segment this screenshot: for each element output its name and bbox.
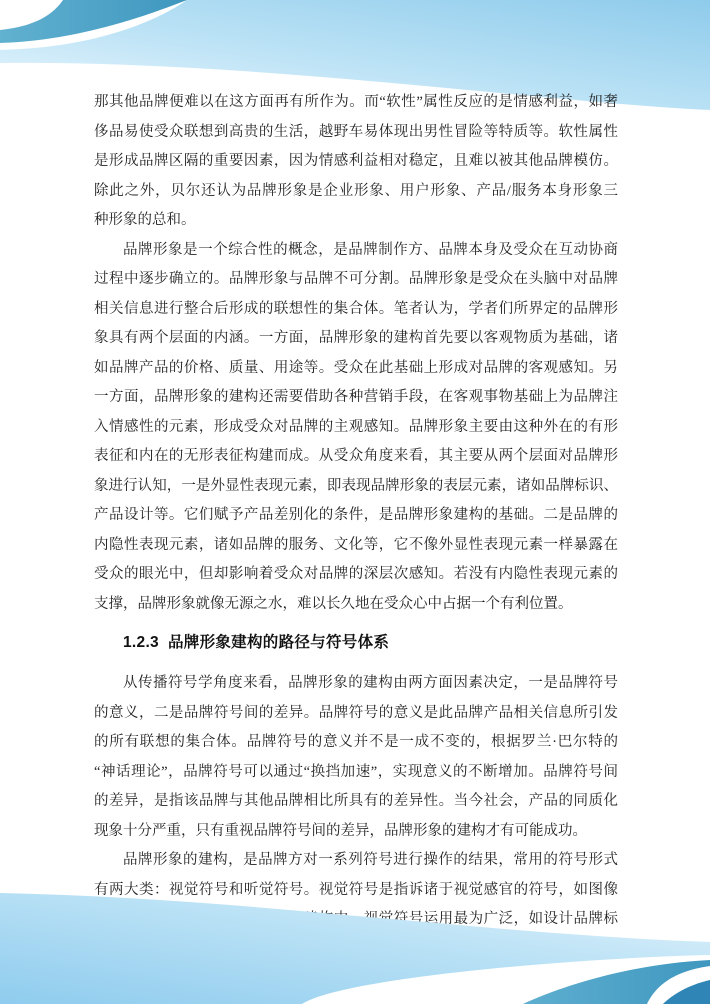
text-line: 的所有联想的集合体。品牌符号的意义并不是一成不变的，根据罗兰·巴尔特的 <box>94 728 618 758</box>
text-line: 从传播符号学角度来看，品牌形象的建构由两方面因素决定，一是品牌符号 <box>94 669 618 699</box>
text-line: 内隐性表现元素，诸如品牌的服务、文化等，它不像外显性表现元素一样暴露在 <box>94 531 618 561</box>
section-heading: 1.2.3品牌形象建构的路径与符号体系 <box>94 628 618 658</box>
bottom-teal-band-path <box>523 960 710 1004</box>
text-line: 除此之外，贝尔还认为品牌形象是企业形象、用户形象、产品/服务本身形象三 <box>94 177 618 207</box>
text-line: 侈品易使受众联想到高贵的生活，越野车易体现出男性冒险等特质等。软性属性 <box>94 118 618 148</box>
top-teal-band-path <box>0 0 187 43</box>
text-line: 一方面，品牌形象的建构还需要借助各种营销手段，在客观事物基础上为品牌注 <box>94 383 618 413</box>
text-line: 那其他品牌便难以在这方面再有所作为。而“软性”属性反应的是情感利益，如奢 <box>94 88 618 118</box>
text-line: “神话理论”，品牌符号可以通过“换挡加速”，实现意义的不断增加。品牌符号间 <box>94 758 618 788</box>
body-text: 那其他品牌便难以在这方面再有所作为。而“软性”属性反应的是情感利益，如奢 侈品易… <box>94 88 618 935</box>
page-number: 5 <box>0 926 710 940</box>
text-line: 的意义，二是品牌符号间的差异。品牌符号的意义是此品牌产品相关信息所引发 <box>94 699 618 729</box>
text-line: 是形成品牌区隔的重要因素，因为情感利益相对稳定，且难以被其他品牌模仿。 <box>94 147 618 177</box>
paragraph: 从传播符号学角度来看，品牌形象的建构由两方面因素决定，一是品牌符号 的意义，二是… <box>94 669 618 846</box>
text-line: 有两大类：视觉符号和听觉符号。视觉符号是指诉诸于视觉感官的符号，如图像 <box>94 876 618 906</box>
text-line: 表征和内在的无形表征构建而成。从受众角度来看，其主要从两个层面对品牌形 <box>94 442 618 472</box>
text-line: 品牌形象是一个综合性的概念，是品牌制作方、品牌本身及受众在互动协商 <box>94 236 618 266</box>
document-page: 那其他品牌便难以在这方面再有所作为。而“软性”属性反应的是情感利益，如奢 侈品易… <box>0 0 710 1004</box>
section-heading-title: 品牌形象建构的路径与符号体系 <box>168 634 389 651</box>
paragraph: 品牌形象的建构，是品牌方对一系列符号进行操作的结果，常用的符号形式 有两大类：视… <box>94 846 618 935</box>
text-line: 象具有两个层面的内涵。一方面，品牌形象的建构首先要以客观物质为基础，诸 <box>94 324 618 354</box>
text-line: 入情感性的元素，形成受众对品牌的主观感知。品牌形象主要由这种外在的有形 <box>94 413 618 443</box>
text-line: 支撑，品牌形象就像无源之水，难以长久地在受众心中占据一个有利位置。 <box>94 590 618 620</box>
text-line: 产品设计等。它们赋予产品差别化的条件，是品牌形象建构的基础。二是品牌的 <box>94 501 618 531</box>
text-line: 过程中逐步确立的。品牌形象与品牌不可分割。品牌形象是受众在头脑中对品牌 <box>94 265 618 295</box>
text-line: 现象十分严重，只有重视品牌符号间的差异，品牌形象的建构才有可能成功。 <box>94 817 618 847</box>
text-line: 如品牌产品的价格、质量、用途等。受众在此基础上形成对品牌的客观感知。另 <box>94 354 618 384</box>
text-line: 品牌形象的建构，是品牌方对一系列符号进行操作的结果，常用的符号形式 <box>94 846 618 876</box>
section-heading-number: 1.2.3 <box>123 634 159 651</box>
text-line: 象进行认知，一是外显性表现元素，即表现品牌形象的表层元素，诸如品牌标识、 <box>94 472 618 502</box>
paragraph: 那其他品牌便难以在这方面再有所作为。而“软性”属性反应的是情感利益，如奢 侈品易… <box>94 88 618 236</box>
text-line: 受众的眼光中，但却影响着受众对品牌的深层次感知。若没有内隐性表现元素的 <box>94 560 618 590</box>
text-line: 的差异，是指该品牌与其他品牌相比所具有的差异性。当今社会，产品的同质化 <box>94 787 618 817</box>
text-line: 相关信息进行整合后形成的联想性的集合体。笔者认为，学者们所界定的品牌形 <box>94 295 618 325</box>
text-line: 种形象的总和。 <box>94 206 618 236</box>
paragraph: 品牌形象是一个综合性的概念，是品牌制作方、品牌本身及受众在互动协商 过程中逐步确… <box>94 236 618 620</box>
bottom-corner-wedge-path <box>663 980 710 1004</box>
